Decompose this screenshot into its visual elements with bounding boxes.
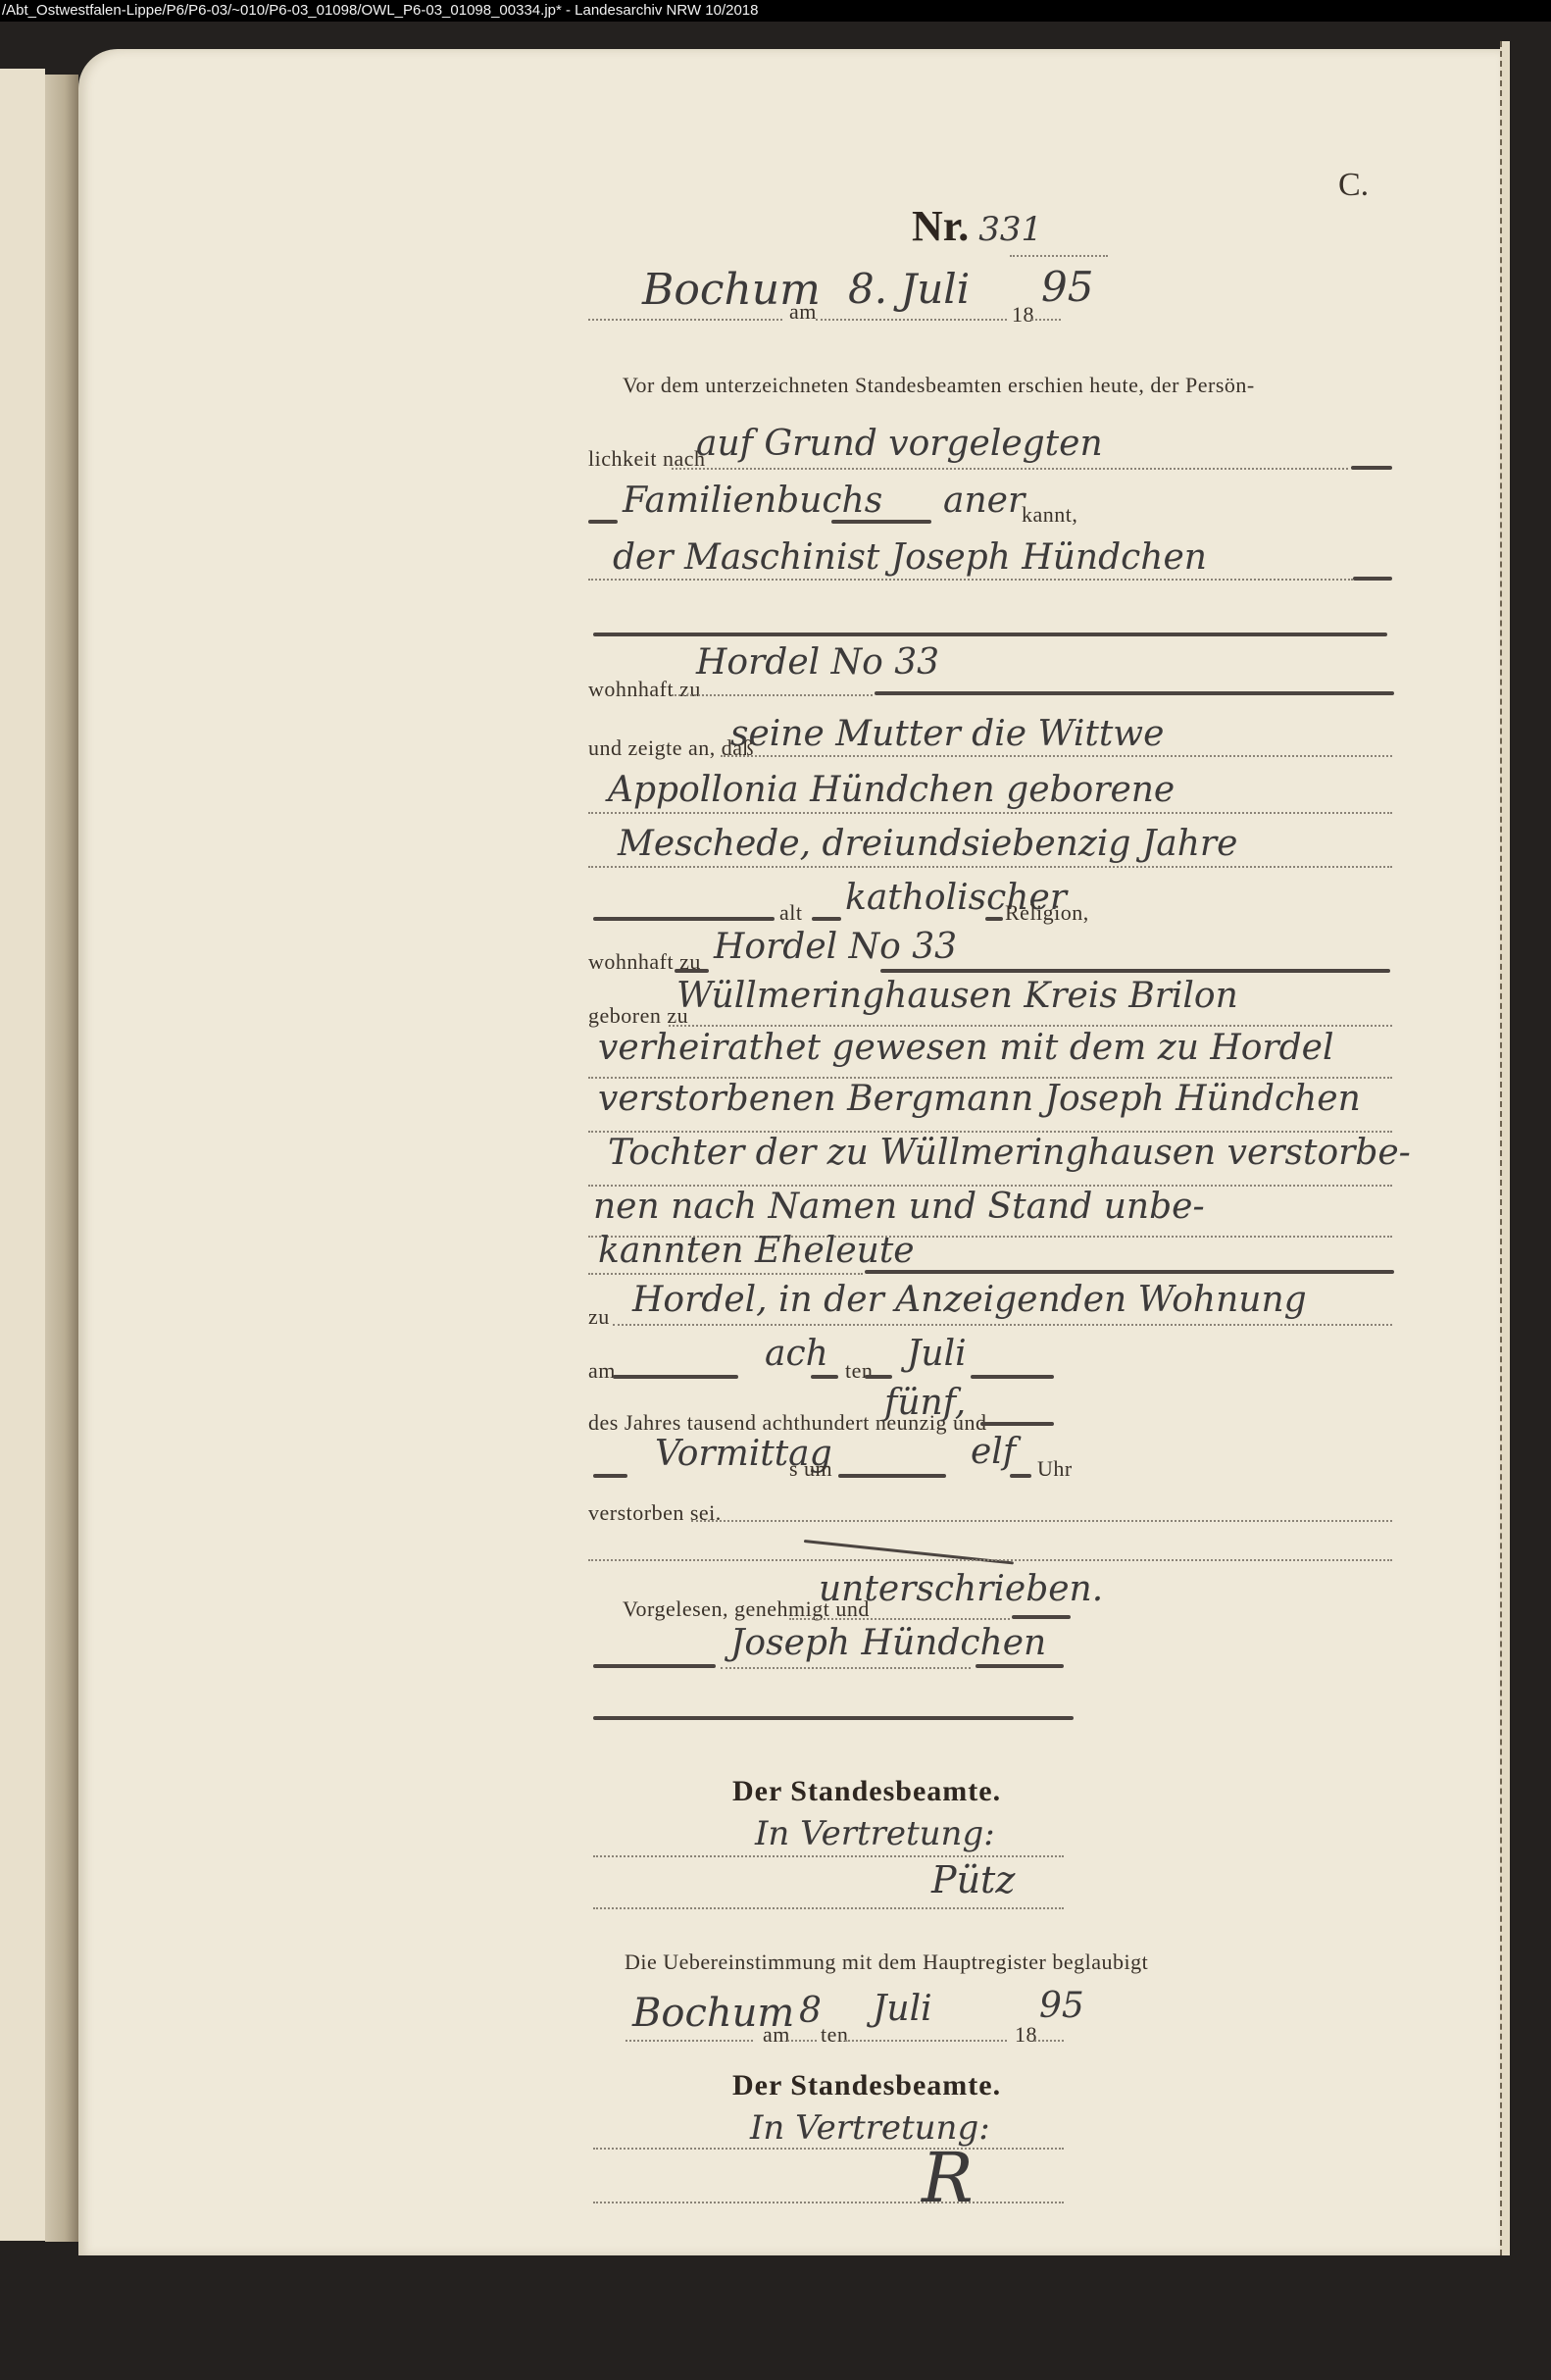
read-value: unterschrieben. — [819, 1569, 1103, 1609]
fill-rule — [838, 1474, 946, 1478]
dots — [593, 1855, 1064, 1857]
fill-rule — [1353, 577, 1392, 581]
uhr-label: Uhr — [1037, 1456, 1073, 1482]
dots — [593, 1907, 1064, 1909]
window-title-bar: /Abt_Ostwestfalen-Lippe/P6/P6-03/~010/P6… — [0, 0, 1551, 22]
cert-year-prefix: 18 — [1015, 2022, 1037, 2048]
dots — [588, 1273, 863, 1275]
cert-year-suffix: 95 — [1039, 1986, 1084, 2026]
dots — [721, 755, 1392, 757]
dots — [613, 1324, 1392, 1326]
number-label: Nr. — [912, 202, 969, 250]
born-value: Wüllmeringhausen Kreis Brilon — [676, 976, 1238, 1016]
dots — [721, 1667, 971, 1669]
dots — [1034, 2040, 1064, 2042]
cert-am-label: am — [763, 2022, 790, 2048]
certification-label: Die Uebereinstimmung mit dem Hauptregist… — [625, 1950, 1148, 1975]
acknowledged-value: aner — [943, 481, 1025, 521]
date-value: 8. Juli — [848, 265, 970, 313]
fill-rule — [593, 1664, 716, 1668]
residence-label: wohnhaft zu — [588, 677, 701, 702]
fill-rule — [593, 1716, 1074, 1720]
fill-rule — [1012, 1615, 1071, 1619]
day-suffix: ten — [845, 1358, 873, 1384]
record-number: Nr. 331 — [912, 201, 1042, 251]
month-value: Juli — [907, 1334, 967, 1374]
year-prefix: 18 — [1012, 302, 1034, 328]
fill-rule — [971, 1375, 1054, 1379]
date-dots — [816, 319, 1007, 321]
fill-rule — [593, 917, 775, 921]
day-value: ach — [765, 1334, 828, 1374]
place-death-label: zu — [588, 1304, 610, 1330]
dots — [672, 694, 873, 696]
religion-label: Religion, — [1005, 900, 1089, 926]
dots — [588, 866, 1392, 868]
fill-rule — [875, 691, 1394, 695]
parents-line: nen nach Namen und Stand unbe- — [593, 1187, 1205, 1227]
document-type-value: Familienbuchs — [623, 481, 882, 521]
cert-day-suffix: ten — [821, 2022, 848, 2048]
window-title: /Abt_Ostwestfalen-Lippe/P6/P6-03/~010/P6… — [2, 2, 759, 19]
previous-page-edge — [0, 69, 45, 2241]
number-value: 331 — [978, 210, 1042, 249]
intro-text: Vor dem unterzeichneten Standesbeamten e… — [623, 373, 1255, 398]
year-suffix: 95 — [1041, 263, 1093, 311]
fill-rule — [865, 1270, 1394, 1274]
fill-rule — [980, 1422, 1054, 1426]
fill-rule — [613, 1375, 738, 1379]
known-label: kannt, — [1022, 502, 1077, 528]
fill-rule — [880, 969, 1390, 973]
marriage-line-1: verheirathet gewesen mit dem zu Hordel — [598, 1028, 1334, 1068]
time-suffix: s um — [789, 1456, 832, 1482]
age-label: alt — [779, 900, 803, 926]
fill-rule — [985, 917, 1003, 921]
page-right-edge — [1500, 41, 1510, 2255]
cert-day: 8 — [799, 1991, 822, 2031]
place-death-value: Hordel, in der Anzeigenden Wohnung — [632, 1280, 1307, 1320]
dots — [588, 1559, 1392, 1561]
dots — [787, 2040, 817, 2042]
dots — [625, 2040, 753, 2042]
fill-rule — [593, 1474, 627, 1478]
dots — [691, 1520, 1392, 1522]
registrar-deputy: In Vertretung: — [755, 1814, 995, 1853]
informant-signature: Joseph Hündchen — [730, 1623, 1046, 1663]
notice-label: und zeigte an, daß — [588, 735, 754, 761]
dots — [789, 1618, 1010, 1620]
fill-rule — [831, 520, 931, 524]
number-dots — [1010, 255, 1108, 257]
am-label: am — [789, 299, 817, 325]
registrar-signature: Pütz — [931, 1858, 1015, 1901]
fill-rule — [593, 633, 1387, 636]
dots — [845, 2040, 1007, 2042]
hour-value: elf — [971, 1432, 1016, 1472]
parents-line-2: kannten Eheleute — [598, 1231, 915, 1271]
registrar-heading: Der Standesbeamte. — [732, 1775, 1001, 1808]
dots — [593, 2202, 1064, 2203]
residence2-value: Hordel No 33 — [714, 927, 957, 967]
year-text-value: fünf, — [884, 1383, 966, 1423]
dots — [588, 812, 1392, 814]
cert-month: Juli — [873, 1989, 932, 2029]
informant-value: der Maschinist Joseph Hündchen — [613, 537, 1207, 578]
marriage-line-2: verstorbenen Bergmann Joseph Hündchen — [598, 1079, 1361, 1119]
deceased-name: Appollonia Hündchen geborene — [608, 770, 1175, 810]
fill-rule — [976, 1664, 1064, 1668]
daughter-line: Tochter der zu Wüllmeringhausen verstorb… — [608, 1133, 1411, 1173]
dots — [669, 1025, 1392, 1027]
identification-value: auf Grund vorgelegten — [696, 424, 1103, 464]
fill-rule — [1010, 1474, 1031, 1478]
notice-value: seine Mutter die Wittwe — [730, 714, 1164, 754]
dots — [588, 579, 1353, 581]
form-letter: C. — [1338, 167, 1369, 204]
fill-rule — [1351, 466, 1392, 470]
fill-rule — [588, 520, 618, 524]
registrar-heading-2: Der Standesbeamte. — [732, 2069, 1001, 2102]
book-gutter — [45, 75, 78, 2242]
fill-rule — [812, 917, 841, 921]
year-dots — [1031, 319, 1061, 321]
place-dots — [588, 319, 782, 321]
day-label: am — [588, 1358, 616, 1384]
fill-rule — [865, 1375, 892, 1379]
dots — [593, 2148, 1064, 2150]
deceased-origin-age: Meschede, dreiundsiebenzig Jahre — [618, 824, 1237, 864]
died-label: verstorben sei. — [588, 1500, 722, 1526]
fill-rule — [811, 1375, 838, 1379]
dots — [672, 468, 1348, 470]
residence-value: Hordel No 33 — [696, 642, 939, 683]
registrar-signature-2: R — [922, 2138, 974, 2218]
fill-rule — [675, 969, 709, 973]
